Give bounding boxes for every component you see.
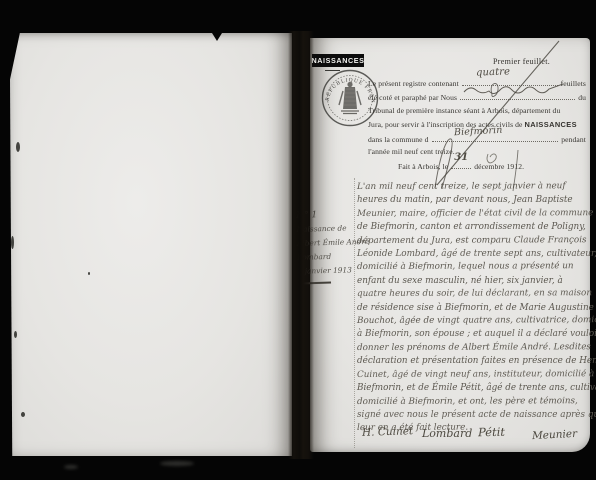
- act-line: quatre heures du soir, de lui déclarant,…: [357, 287, 589, 301]
- act-line: Cuinet, âgé de vingt neuf ans, institute…: [357, 368, 589, 382]
- preamble-text: pendant: [561, 135, 586, 144]
- act-line: déclaration et présentation faites en pr…: [357, 355, 589, 368]
- signature-witness-petit: Pétit: [478, 425, 505, 439]
- book-binding: [288, 31, 314, 459]
- fill-line: [460, 92, 575, 100]
- preamble-text: Tribunal de première instance séant à Ar…: [368, 106, 560, 115]
- margin-divider-line: [354, 178, 355, 448]
- act-line: de résidence sise à Biefmorin, et de Mar…: [357, 302, 589, 315]
- act-line: donner les prénoms de Albert Émile André…: [357, 341, 589, 355]
- preamble-line-2: été coté et paraphé par Nous du: [368, 92, 586, 102]
- judge-signature-scribble: [462, 82, 572, 98]
- fill-line: 31: [451, 161, 471, 169]
- naissances-header-text: NAISSANCES: [311, 56, 364, 65]
- preamble-text: été coté et paraphé par Nous: [368, 93, 457, 102]
- handwritten-commune: Biefmorin: [453, 125, 502, 139]
- background-smudge: [64, 465, 78, 469]
- act-line: Biefmorin, et de Émile Pétit, âgé de tre…: [357, 382, 589, 395]
- registry-recto-page: NAISSANCES Premier feuillet. RÉPUBLIQUE …: [310, 38, 590, 452]
- preamble-text: l'année mil neuf cent treize.: [368, 147, 455, 156]
- act-line: signé avec nous le présent acte de naiss…: [357, 409, 589, 422]
- act-line: Bouchot, âgée de vingt quatre ans, culti…: [357, 314, 589, 328]
- handwritten-day: 31: [454, 152, 468, 163]
- act-line: domicilié à Biefmorin, et ont, les père …: [357, 395, 589, 409]
- act-text: L'an mil neuf cent treize, le sept janvi…: [357, 181, 589, 436]
- act-line: de Biefmorin, canton et arrondissement d…: [357, 221, 589, 234]
- signature-witness-cuinet: H. Cuinet: [362, 425, 414, 439]
- act-line: L'an mil neuf cent treize, le sept janvi…: [357, 180, 589, 194]
- preamble-text: du: [578, 93, 586, 102]
- page-edge-speck: [16, 142, 20, 152]
- fill-line: Biefmorin: [432, 134, 559, 142]
- act-line: heures du matin, par devant nous, Jean B…: [357, 194, 589, 207]
- preamble-line-7: Fait à Arbois, le 31 décembre 1912.: [398, 161, 548, 171]
- act-line: Meunier, maire, officier de l'état civil…: [357, 207, 589, 221]
- background-smudge: [160, 461, 194, 466]
- page-edge-speck: [21, 412, 25, 417]
- feuillet-label: Premier feuillet.: [493, 57, 550, 66]
- stamp-figure: [339, 82, 361, 114]
- page-edge-speck: [11, 236, 14, 249]
- page-edge-notch: [212, 33, 222, 41]
- preamble-line-6: l'année mil neuf cent treize.: [368, 147, 586, 156]
- page-speck: [88, 272, 90, 275]
- page-edge-speck: [14, 331, 17, 338]
- preamble-text: décembre 1912.: [474, 162, 524, 171]
- left-blank-page: [10, 33, 292, 456]
- handwritten-quatre: quatre: [476, 66, 510, 78]
- naissances-header-label: NAISSANCES: [312, 54, 364, 67]
- signature-mayor-meunier: Meunier: [532, 428, 578, 442]
- act-line: département du Jura, est comparu Claude …: [357, 234, 589, 248]
- scanned-registry-photo: NAISSANCES Premier feuillet. RÉPUBLIQUE …: [0, 0, 596, 480]
- preamble-text: Le présent registre contenant: [368, 79, 459, 88]
- act-line: domicilié à Biefmorin, lequel nous a pré…: [357, 261, 589, 275]
- preamble-naissances-bold: NAISSANCES: [525, 120, 577, 129]
- signature-father-lombard: Lombard: [422, 427, 472, 440]
- preamble-text: dans la commune d: [368, 135, 429, 144]
- act-line: enfant du sexe masculin, né hier, six ja…: [357, 275, 589, 288]
- act-line: à Biefmorin, son épouse ; et auquel il a…: [357, 328, 589, 341]
- preamble-text: Fait à Arbois, le: [398, 162, 448, 171]
- preamble-line-5: dans la commune d Biefmorin pendant: [368, 134, 586, 144]
- preamble-line-3: Tribunal de première instance séant à Ar…: [368, 106, 586, 115]
